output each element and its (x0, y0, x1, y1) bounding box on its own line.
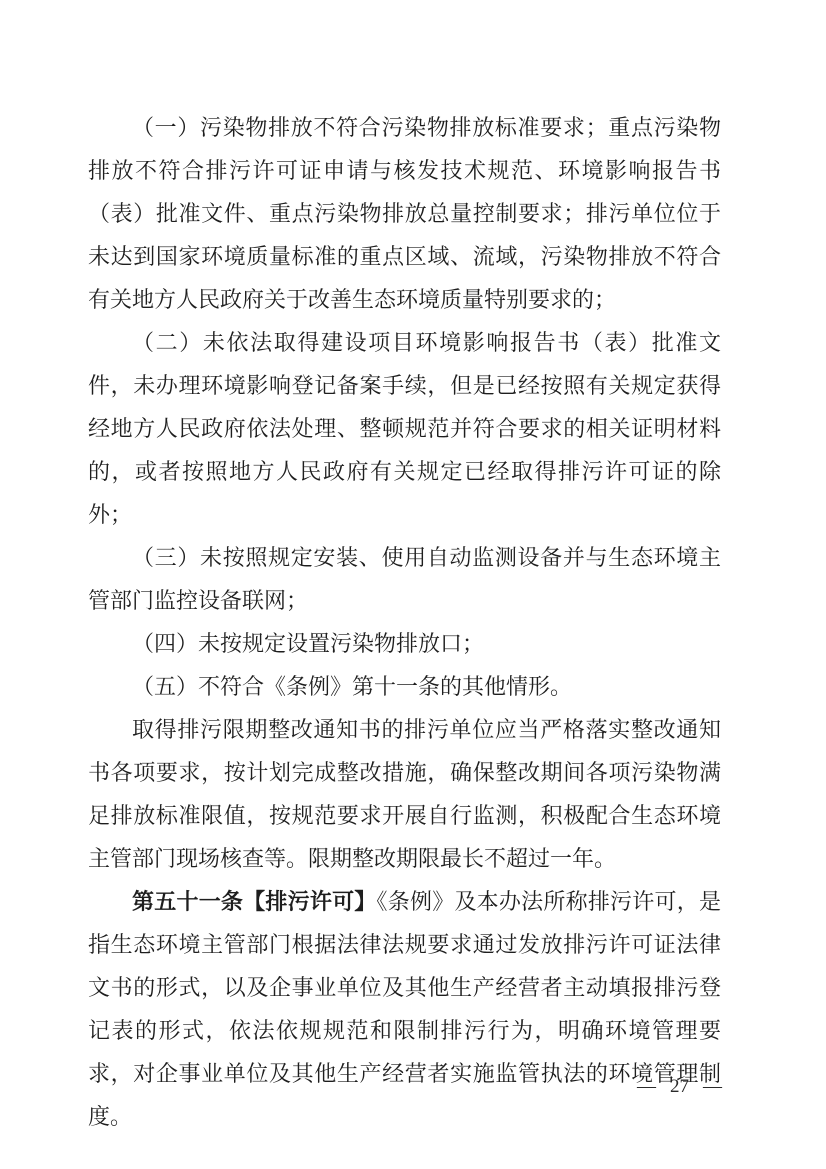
document-page: （一）污染物排放不符合污染物排放标准要求；重点污染物排放不符合排污许可证申请与核… (0, 0, 826, 1169)
document-body: （一）污染物排放不符合污染物排放标准要求；重点污染物排放不符合排污许可证申请与核… (88, 106, 721, 1138)
footer-right-dash: — (703, 1076, 722, 1097)
footer-left-dash: — (637, 1076, 656, 1097)
clause-item-3: （三）未按照规定安装、使用自动监测设备并与生态环境主管部门监控设备联网； (88, 536, 721, 622)
article-51-paragraph: 第五十一条【排污许可】《条例》及本办法所称排污许可，是指生态环境主管部门根据法律… (88, 880, 721, 1138)
clause-item-2: （二）未依法取得建设项目环境影响报告书（表）批准文件，未办理环境影响登记备案手续… (88, 321, 721, 536)
clause-item-5: （五）不符合《条例》第十一条的其他情形。 (88, 665, 721, 708)
page-number: 27 (670, 1076, 689, 1097)
rectification-paragraph: 取得排污限期整改通知书的排污单位应当严格落实整改通知书各项要求，按计划完成整改措… (88, 708, 721, 880)
clause-item-1: （一）污染物排放不符合污染物排放标准要求；重点污染物排放不符合排污许可证申请与核… (88, 106, 721, 321)
article-51-heading: 第五十一条【排污许可】 (132, 889, 377, 914)
page-footer: —27— (637, 1076, 722, 1098)
clause-item-4: （四）未按规定设置污染物排放口； (88, 622, 721, 665)
article-51-text: 《条例》及本办法所称排污许可，是指生态环境主管部门根据法律法规要求通过发放排污许… (88, 889, 721, 1129)
